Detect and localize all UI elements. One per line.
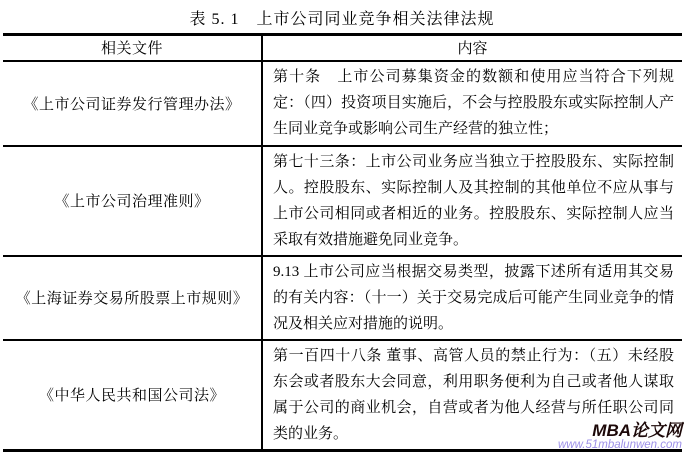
table-row: 《上海证券交易所股票上市规则》 9.13 上市公司应当根据交易类型，披露下述所有… — [3, 256, 682, 340]
table-header-row: 相关文件 内容 — [3, 35, 682, 61]
table-row: 《上市公司治理准则》 第七十三条：上市公司业务应当独立于控股股东、实际控制人。控… — [3, 146, 682, 256]
watermark-url: www.51mbalunwen.com — [558, 439, 682, 452]
regulations-table: 相关文件 内容 《上市公司证券发行管理办法》 第十条 上市公司募集资金的数额和使… — [3, 33, 682, 452]
column-header-document: 相关文件 — [3, 35, 262, 61]
document-name-cell: 《上海证券交易所股票上市规则》 — [3, 256, 262, 340]
content-cell: 第十条 上市公司募集资金的数额和使用应当符合下列规定：（四）投资项目实施后，不会… — [262, 61, 682, 146]
document-page: 表 5. 1 上市公司同业竞争相关法律法规 相关文件 内容 《上市公司证券发行管… — [0, 0, 684, 452]
table-row: 《上市公司证券发行管理办法》 第十条 上市公司募集资金的数额和使用应当符合下列规… — [3, 61, 682, 146]
column-header-content: 内容 — [262, 35, 682, 61]
watermark-brand-logo: MBA论文网 — [558, 422, 682, 441]
watermark: MBA论文网 www.51mbalunwen.com — [558, 422, 682, 452]
content-cell: 第七十三条：上市公司业务应当独立于控股股东、实际控制人。控股股东、实际控制人及其… — [262, 146, 682, 256]
table-body: 《上市公司证券发行管理办法》 第十条 上市公司募集资金的数额和使用应当符合下列规… — [3, 61, 682, 451]
document-name-cell: 《中华人民共和国公司法》 — [3, 340, 262, 451]
document-name-cell: 《上市公司治理准则》 — [3, 146, 262, 256]
content-cell: 9.13 上市公司应当根据交易类型，披露下述所有适用其交易的有关内容：（十一）关… — [262, 256, 682, 340]
document-name-cell: 《上市公司证券发行管理办法》 — [3, 61, 262, 146]
table-caption: 表 5. 1 上市公司同业竞争相关法律法规 — [0, 0, 684, 33]
